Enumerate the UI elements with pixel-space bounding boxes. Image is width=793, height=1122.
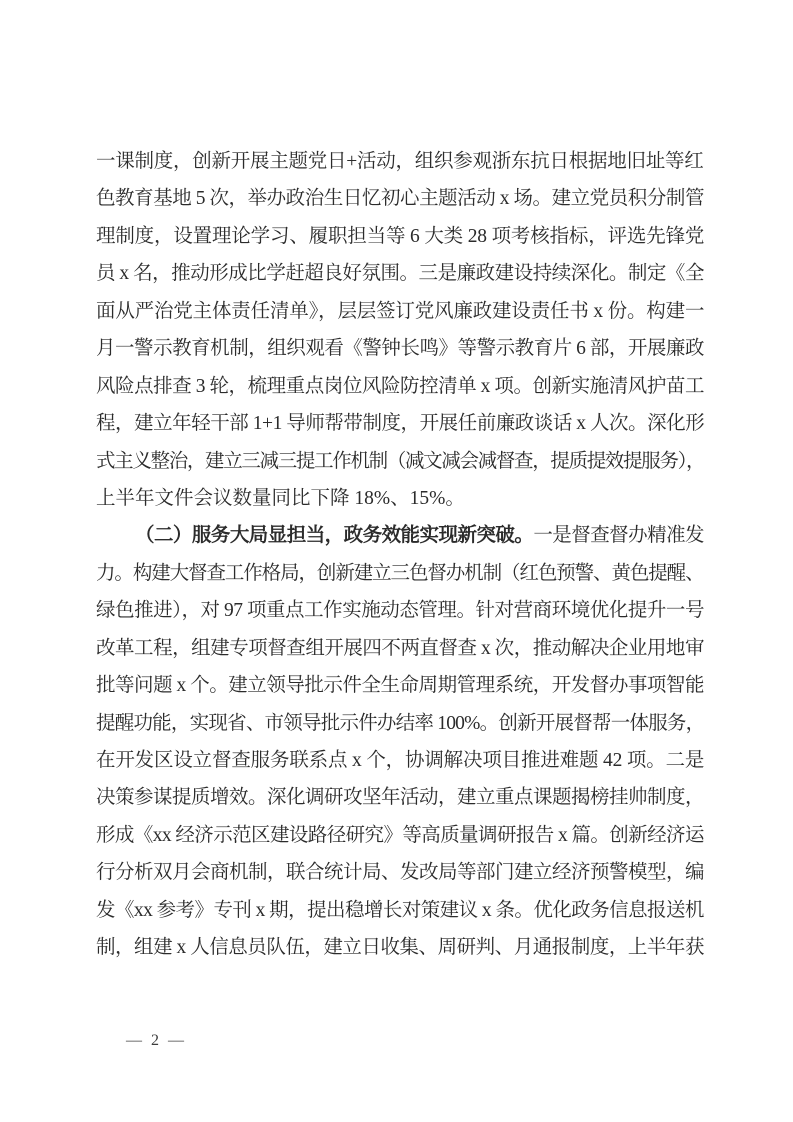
text-run: 发《xx 参考》专刊 x 期，提出稳增长对策建议 x 条。优化政务信息报送机 bbox=[96, 900, 704, 921]
text-line: 批等问题 x 个。建立领导批示件全生命周期管理系统，开发督办事项智能 bbox=[96, 667, 704, 704]
text-line: 一课制度，创新开展主题党日+活动，组织参观浙东抗日根据地旧址等红 bbox=[96, 143, 704, 180]
footer-page-number: — 2 — bbox=[126, 1032, 187, 1050]
text-line: （二）服务大局显担当，政务效能实现新突破。一是督查督办精准发 bbox=[96, 517, 704, 554]
text-line: 面从严治党主体责任清单》，层层签订党风廉政建设责任书 x 份。构建一 bbox=[96, 293, 704, 330]
text-line: 在开发区设立督查服务联系点 x 个，协调解决项目推进难题 42 项。二是 bbox=[96, 742, 704, 779]
text-run: 力。构建大督查工作格局，创新建立三色督办机制（红色预警、黄色提醒、 bbox=[96, 563, 704, 584]
text-line: 改革工程，组建专项督查组开展四不两直督查 x 次，推动解决企业用地审 bbox=[96, 630, 704, 667]
text-line: 发《xx 参考》专刊 x 期，提出稳增长对策建议 x 条。优化政务信息报送机 bbox=[96, 892, 704, 929]
text-run: 风险点排查 3 轮，梳理重点岗位风险防控清单 x 项。创新实施清风护苗工 bbox=[96, 376, 704, 397]
text-line: 绿色推进），对 97 项重点工作实施动态管理。针对营商环境优化提升一号 bbox=[96, 592, 704, 629]
text-line: 上半年文件会议数量同比下降 18%、15%。 bbox=[96, 480, 704, 517]
text-run: 绿色推进），对 97 项重点工作实施动态管理。针对营商环境优化提升一号 bbox=[96, 600, 704, 621]
text-run: 理制度，设置理论学习、履职担当等 6 大类 28 项考核指标，评选先锋党 bbox=[96, 226, 704, 247]
text-line: 决策参谋提质增效。深化调研攻坚年活动，建立重点课题揭榜挂帅制度， bbox=[96, 779, 704, 816]
document-page: 一课制度，创新开展主题党日+活动，组织参观浙东抗日根据地旧址等红色教育基地 5 … bbox=[0, 0, 793, 1122]
text-line: 风险点排查 3 轮，梳理重点岗位风险防控清单 x 项。创新实施清风护苗工 bbox=[96, 368, 704, 405]
text-run: 改革工程，组建专项督查组开展四不两直督查 x 次，推动解决企业用地审 bbox=[96, 638, 704, 659]
text-run: 一是督查督办精准发 bbox=[533, 525, 704, 546]
text-line: 制，组建 x 人信息员队伍，建立日收集、周研判、月通报制度，上半年获 bbox=[96, 929, 704, 966]
text-line: 提醒功能，实现省、市领导批示件办结率 100%。创新开展督帮一体服务， bbox=[96, 705, 704, 742]
text-run: 一课制度，创新开展主题党日+活动，组织参观浙东抗日根据地旧址等红 bbox=[96, 151, 704, 172]
text-run: 行分析双月会商机制，联合统计局、发改局等部门建立经济预警模型，编 bbox=[96, 862, 704, 883]
text-line: 月一警示教育机制，组织观看《警钟长鸣》等警示教育片 6 部，开展廉政 bbox=[96, 330, 704, 367]
text-line: 员 x 名，推动形成比学赶超良好氛围。三是廉政建设持续深化。制定《全 bbox=[96, 255, 704, 292]
text-run: 在开发区设立督查服务联系点 x 个，协调解决项目推进难题 42 项。二是 bbox=[96, 750, 704, 771]
text-line: 色教育基地 5 次，举办政治生日忆初心主题活动 x 场。建立党员积分制管 bbox=[96, 180, 704, 217]
text-run: 提醒功能，实现省、市领导批示件办结率 100%。创新开展督帮一体服务， bbox=[96, 713, 704, 734]
text-block: 一课制度，创新开展主题党日+活动，组织参观浙东抗日根据地旧址等红色教育基地 5 … bbox=[96, 143, 704, 967]
text-run: 批等问题 x 个。建立领导批示件全生命周期管理系统，开发督办事项智能 bbox=[96, 675, 704, 696]
text-run: 员 x 名，推动形成比学赶超良好氛围。三是廉政建设持续深化。制定《全 bbox=[96, 263, 704, 284]
text-run: 式主义整治，建立三减三提工作机制（减文减会减督查，提质提效提服务）， bbox=[96, 451, 704, 472]
text-run: 制，组建 x 人信息员队伍，建立日收集、周研判、月通报制度，上半年获 bbox=[96, 937, 704, 958]
text-run: 形成《xx 经济示范区建设路径研究》等高质量调研报告 x 篇。创新经济运 bbox=[96, 825, 704, 846]
text-line: 形成《xx 经济示范区建设路径研究》等高质量调研报告 x 篇。创新经济运 bbox=[96, 817, 704, 854]
text-line: 理制度，设置理论学习、履职担当等 6 大类 28 项考核指标，评选先锋党 bbox=[96, 218, 704, 255]
text-run: 程，建立年轻干部 1+1 导师帮带制度，开展任前廉政谈话 x 人次。深化形 bbox=[96, 413, 704, 434]
text-line: 力。构建大督查工作格局，创新建立三色督办机制（红色预警、黄色提醒、 bbox=[96, 555, 704, 592]
text-run: 上半年文件会议数量同比下降 18%、15%。 bbox=[96, 488, 465, 509]
text-line: 式主义整治，建立三减三提工作机制（减文减会减督查，提质提效提服务）， bbox=[96, 443, 704, 480]
text-run: 决策参谋提质增效。深化调研攻坚年活动，建立重点课题揭榜挂帅制度， bbox=[96, 787, 704, 808]
text-run: 月一警示教育机制，组织观看《警钟长鸣》等警示教育片 6 部，开展廉政 bbox=[96, 338, 704, 359]
bold-text-run: （二）服务大局显担当，政务效能实现新突破。 bbox=[135, 525, 533, 546]
text-line: 程，建立年轻干部 1+1 导师帮带制度，开展任前廉政谈话 x 人次。深化形 bbox=[96, 405, 704, 442]
text-run: 色教育基地 5 次，举办政治生日忆初心主题活动 x 场。建立党员积分制管 bbox=[96, 188, 704, 209]
text-line: 行分析双月会商机制，联合统计局、发改局等部门建立经济预警模型，编 bbox=[96, 854, 704, 891]
text-run: 面从严治党主体责任清单》，层层签订党风廉政建设责任书 x 份。构建一 bbox=[96, 301, 704, 322]
